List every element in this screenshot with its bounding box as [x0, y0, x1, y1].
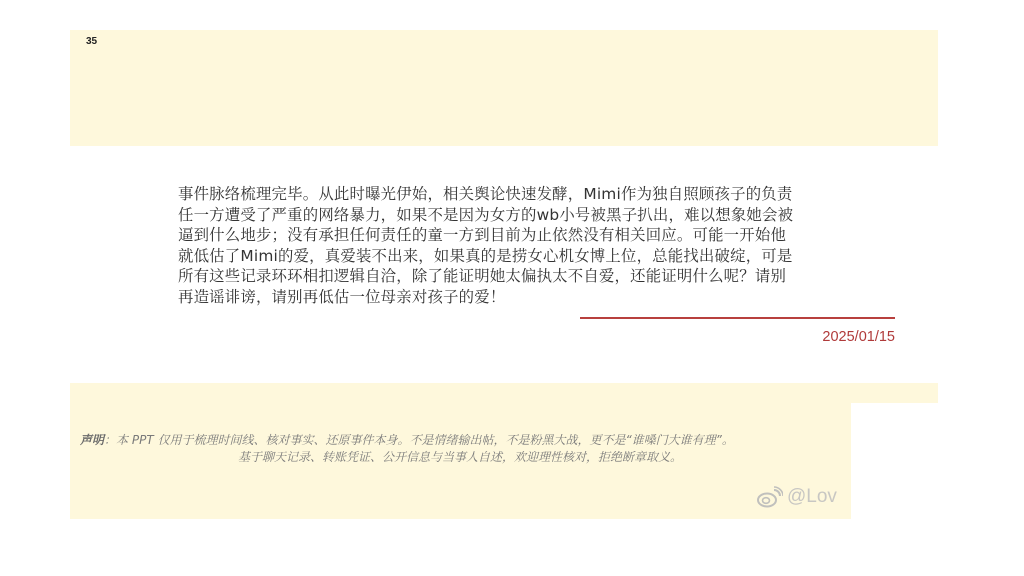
disclaimer-text-1: 本 PPT 仅用于梳理时间线、核对事实、还原事件本身。不是情绪输出帖，不是粉黑大…	[116, 433, 734, 447]
disclaimer-separator: ：	[104, 433, 116, 447]
disclaimer-label: 声明	[80, 433, 104, 447]
body-line: 再造谣诽谤，请别再低估一位母亲对孩子的爱！	[178, 287, 818, 308]
body-line: 逼到什么地步；没有承担任何责任的童一方到目前为止依然没有相关回应。可能一开始他	[178, 225, 818, 246]
body-line: 事件脉络梳理完毕。从此时曝光伊始，相关舆论快速发酵，Mimi作为独自照顾孩子的负…	[178, 184, 818, 205]
date-label: 2025/01/15	[822, 329, 895, 345]
weibo-icon	[757, 486, 783, 508]
watermark: @Lov	[757, 486, 851, 508]
body-line: 任一方遭受了严重的网络暴力，如果不是因为女方的wb小号被黑子扒出，难以想象她会被	[178, 205, 818, 226]
disclaimer: 声明：本 PPT 仅用于梳理时间线、核对事实、还原事件本身。不是情绪输出帖，不是…	[80, 432, 860, 466]
top-yellow-band	[70, 30, 938, 146]
body-line: 所有这些记录环环相扣逻辑自洽，除了能证明她太偏执太不自爱，还能证明什么呢？请别	[178, 266, 818, 287]
white-cover-box	[851, 403, 951, 533]
slide: 35 事件脉络梳理完毕。从此时曝光伊始，相关舆论快速发酵，Mimi作为独自照顾孩…	[0, 0, 1024, 576]
disclaimer-line-1: 声明：本 PPT 仅用于梳理时间线、核对事实、还原事件本身。不是情绪输出帖，不是…	[80, 432, 860, 449]
body-paragraph: 事件脉络梳理完毕。从此时曝光伊始，相关舆论快速发酵，Mimi作为独自照顾孩子的负…	[178, 184, 818, 308]
body-line: 就低估了Mimi的爱，真爱装不出来，如果真的是捞女心机女博上位，总能找出破绽，可…	[178, 246, 818, 267]
watermark-text: @Lov	[787, 486, 837, 508]
page-number: 35	[86, 36, 97, 47]
disclaimer-line-2: 基于聊天记录、转账凭证、公开信息与当事人自述，欢迎理性核对，拒绝断章取义。	[80, 449, 860, 466]
red-divider-line	[580, 317, 895, 319]
